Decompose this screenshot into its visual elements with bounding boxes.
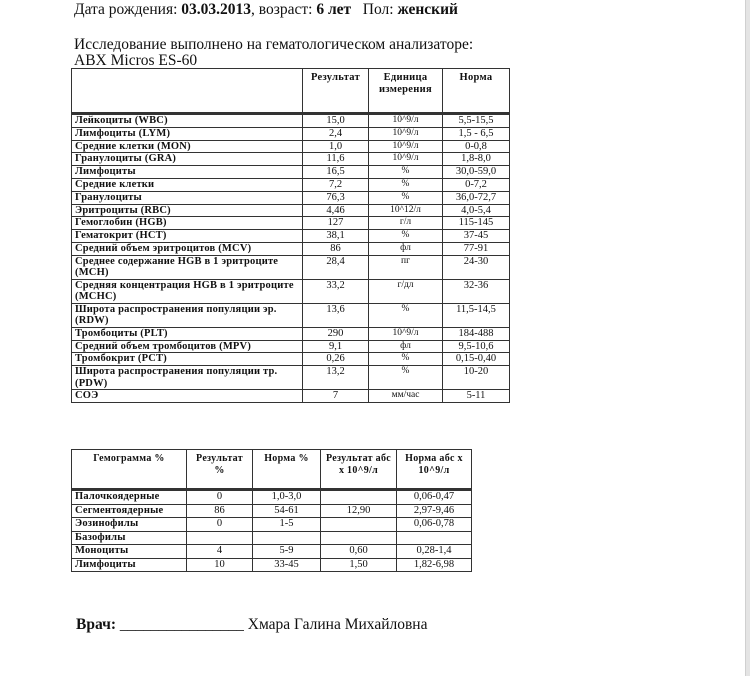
norm-value: 5,5-15,5 xyxy=(443,114,510,128)
table-row: Гранулоциты76,3%36,0-72,7 xyxy=(72,191,510,204)
result-value: 4,46 xyxy=(303,204,369,217)
unit-value: % xyxy=(369,178,443,191)
result-pct: 86 xyxy=(187,504,253,518)
parameter-name: Гранулоциты (GRA) xyxy=(72,153,303,166)
unit-value: % xyxy=(369,353,443,366)
result-abs: 0,60 xyxy=(321,545,397,559)
norm-value: 0,15-0,40 xyxy=(443,353,510,366)
result-value: 0,26 xyxy=(303,353,369,366)
doctor-label: Врач: xyxy=(76,616,116,633)
result-value: 33,2 xyxy=(303,279,369,303)
norm-abs: 2,97-9,46 xyxy=(397,504,472,518)
sex-value: женский xyxy=(397,1,458,18)
norm-abs xyxy=(397,531,472,545)
cell-type-name: Моноциты xyxy=(72,545,187,559)
unit-value: 10^9/л xyxy=(369,114,443,128)
norm-value: 9,5-10,6 xyxy=(443,340,510,353)
parameter-name: Средние клетки (MON) xyxy=(72,140,303,153)
result-pct xyxy=(187,531,253,545)
parameter-name: Средняя концентрация HGB в 1 эритроците … xyxy=(72,279,303,303)
header-result-abs: Результат абс х 10^9/л xyxy=(321,450,397,490)
result-pct: 10 xyxy=(187,558,253,572)
parameter-name: Широта распространения популяции тр. (PD… xyxy=(72,366,303,390)
parameter-name: Гематокрит (HCT) xyxy=(72,230,303,243)
norm-value: 115-145 xyxy=(443,217,510,230)
result-value: 7,2 xyxy=(303,178,369,191)
unit-value: фл xyxy=(369,242,443,255)
table-row: Лейкоциты (WBC)15,010^9/л5,5-15,5 xyxy=(72,114,510,128)
cell-type-name: Палочкоядерные xyxy=(72,490,187,505)
norm-abs: 0,06-0,78 xyxy=(397,518,472,532)
result-value: 13,2 xyxy=(303,366,369,390)
header-norm-pct: Норма % xyxy=(253,450,321,490)
norm-value: 24-30 xyxy=(443,255,510,279)
parameter-name: Гранулоциты xyxy=(72,191,303,204)
unit-value: % xyxy=(369,191,443,204)
header-hemogram: Гемограмма % xyxy=(72,450,187,490)
unit-value: % xyxy=(369,166,443,179)
parameter-name: Эритроциты (RBC) xyxy=(72,204,303,217)
table-row: Лимфоциты1033-451,501,82-6,98 xyxy=(72,558,472,572)
parameter-name: Среднее содержание HGB в 1 эритроците (M… xyxy=(72,255,303,279)
doctor-signature: Врач: ________________ Хмара Галина Миха… xyxy=(76,616,427,634)
norm-value: 37-45 xyxy=(443,230,510,243)
table-row: Широта распространения популяции тр. (PD… xyxy=(72,366,510,390)
result-value: 16,5 xyxy=(303,166,369,179)
table-row: Тромбокрит (PCT)0,26%0,15-0,40 xyxy=(72,353,510,366)
dob-value: 03.03.2013 xyxy=(181,1,251,18)
result-value: 15,0 xyxy=(303,114,369,128)
unit-value: 10^9/л xyxy=(369,327,443,340)
unit-value: мм/час xyxy=(369,390,443,403)
result-pct: 4 xyxy=(187,545,253,559)
table-row: Гранулоциты (GRA)11,610^9/л1,8-8,0 xyxy=(72,153,510,166)
table-row: Средняя концентрация HGB в 1 эритроците … xyxy=(72,279,510,303)
norm-value: 1,5 - 6,5 xyxy=(443,127,510,140)
header-result-pct: Результат % xyxy=(187,450,253,490)
norm-pct: 1,0-3,0 xyxy=(253,490,321,505)
unit-value: фл xyxy=(369,340,443,353)
table-row: Эозинофилы01-50,06-0,78 xyxy=(72,518,472,532)
header-parameter xyxy=(72,69,303,114)
table-row: Базофилы xyxy=(72,531,472,545)
header-norm-abs: Норма абс х 10^9/л xyxy=(397,450,472,490)
header-unit: Единица измерения xyxy=(369,69,443,114)
table-header-row: Гемограмма % Результат % Норма % Результ… xyxy=(72,450,472,490)
parameter-name: Гемоглобин (HGB) xyxy=(72,217,303,230)
result-value: 11,6 xyxy=(303,153,369,166)
parameter-name: Лимфоциты xyxy=(72,166,303,179)
table-row: Палочкоядерные01,0-3,00,06-0,47 xyxy=(72,490,472,505)
table-row: Лимфоциты (LYM)2,410^9/л1,5 - 6,5 xyxy=(72,127,510,140)
norm-abs: 0,06-0,47 xyxy=(397,490,472,505)
cell-type-name: Эозинофилы xyxy=(72,518,187,532)
result-abs xyxy=(321,490,397,505)
unit-value: % xyxy=(369,366,443,390)
age-value: 6 лет xyxy=(316,1,351,18)
table-row: СОЭ7мм/час5-11 xyxy=(72,390,510,403)
result-abs xyxy=(321,518,397,532)
norm-value: 184-488 xyxy=(443,327,510,340)
parameter-name: Широта распространения популяции эр. (RD… xyxy=(72,303,303,327)
table-header-row: Результат Единица измерения Норма xyxy=(72,69,510,114)
norm-value: 1,8-8,0 xyxy=(443,153,510,166)
norm-value: 11,5-14,5 xyxy=(443,303,510,327)
table-row: Широта распространения популяции эр. (RD… xyxy=(72,303,510,327)
unit-value: 10^12/л xyxy=(369,204,443,217)
dob-label: Дата рождения: xyxy=(74,1,177,18)
analyzer-model: ABX Micros ES-60 xyxy=(74,53,473,69)
norm-pct: 54-61 xyxy=(253,504,321,518)
norm-value: 4,0-5,4 xyxy=(443,204,510,217)
table-row: Средний объем эритроцитов (MCV)86фл77-91 xyxy=(72,242,510,255)
parameter-name: Средний объем эритроцитов (MCV) xyxy=(72,242,303,255)
norm-value: 30,0-59,0 xyxy=(443,166,510,179)
header-result: Результат xyxy=(303,69,369,114)
norm-abs: 0,28-1,4 xyxy=(397,545,472,559)
page-scroll-gutter xyxy=(745,0,750,676)
result-value: 127 xyxy=(303,217,369,230)
cell-type-name: Лимфоциты xyxy=(72,558,187,572)
parameter-name: Тромбокрит (PCT) xyxy=(72,353,303,366)
analyzer-intro-text: Исследование выполнено на гематологическ… xyxy=(74,37,473,53)
table-row: Эритроциты (RBC)4,4610^12/л4,0-5,4 xyxy=(72,204,510,217)
result-value: 28,4 xyxy=(303,255,369,279)
unit-value: 10^9/л xyxy=(369,153,443,166)
result-value: 2,4 xyxy=(303,127,369,140)
result-abs xyxy=(321,531,397,545)
result-value: 9,1 xyxy=(303,340,369,353)
parameter-name: Средние клетки xyxy=(72,178,303,191)
doctor-name: Хмара Галина Михайловна xyxy=(248,616,428,633)
blood-test-table: Результат Единица измерения Норма Лейкоц… xyxy=(71,68,510,403)
result-value: 86 xyxy=(303,242,369,255)
result-value: 76,3 xyxy=(303,191,369,204)
hemogram-table: Гемограмма % Результат % Норма % Результ… xyxy=(71,449,472,572)
sex-label: Пол: xyxy=(363,1,394,18)
norm-pct: 33-45 xyxy=(253,558,321,572)
norm-pct: 1-5 xyxy=(253,518,321,532)
norm-pct xyxy=(253,531,321,545)
result-abs: 1,50 xyxy=(321,558,397,572)
table-row: Тромбоциты (PLT)29010^9/л184-488 xyxy=(72,327,510,340)
table-row: Среднее содержание HGB в 1 эритроците (M… xyxy=(72,255,510,279)
result-value: 13,6 xyxy=(303,303,369,327)
signature-line: ________________ xyxy=(120,616,244,633)
unit-value: г/л xyxy=(369,217,443,230)
analyzer-info: Исследование выполнено на гематологическ… xyxy=(74,37,473,69)
norm-value: 10-20 xyxy=(443,366,510,390)
table-row: Гематокрит (HCT)38,1%37-45 xyxy=(72,230,510,243)
patient-info: Дата рождения: 03.03.2013, возраст: 6 ле… xyxy=(74,0,458,19)
header-norm: Норма xyxy=(443,69,510,114)
unit-value: г/дл xyxy=(369,279,443,303)
result-pct: 0 xyxy=(187,518,253,532)
unit-value: 10^9/л xyxy=(369,127,443,140)
norm-value: 36,0-72,7 xyxy=(443,191,510,204)
table-row: Сегментоядерные8654-6112,902,97-9,46 xyxy=(72,504,472,518)
result-value: 38,1 xyxy=(303,230,369,243)
norm-value: 0-7,2 xyxy=(443,178,510,191)
table-row: Средний объем тромбоцитов (MPV)9,1фл9,5-… xyxy=(72,340,510,353)
norm-pct: 5-9 xyxy=(253,545,321,559)
parameter-name: Средний объем тромбоцитов (MPV) xyxy=(72,340,303,353)
unit-value: % xyxy=(369,230,443,243)
norm-value: 32-36 xyxy=(443,279,510,303)
norm-value: 77-91 xyxy=(443,242,510,255)
unit-value: 10^9/л xyxy=(369,140,443,153)
result-abs: 12,90 xyxy=(321,504,397,518)
table-row: Моноциты45-90,600,28-1,4 xyxy=(72,545,472,559)
cell-type-name: Сегментоядерные xyxy=(72,504,187,518)
table-row: Средние клетки7,2%0-7,2 xyxy=(72,178,510,191)
result-pct: 0 xyxy=(187,490,253,505)
cell-type-name: Базофилы xyxy=(72,531,187,545)
result-value: 290 xyxy=(303,327,369,340)
unit-value: пг xyxy=(369,255,443,279)
result-value: 7 xyxy=(303,390,369,403)
parameter-name: Лейкоциты (WBC) xyxy=(72,114,303,128)
age-label: , возраст: xyxy=(251,1,312,18)
parameter-name: СОЭ xyxy=(72,390,303,403)
norm-abs: 1,82-6,98 xyxy=(397,558,472,572)
result-value: 1,0 xyxy=(303,140,369,153)
unit-value: % xyxy=(369,303,443,327)
parameter-name: Лимфоциты (LYM) xyxy=(72,127,303,140)
norm-value: 0-0,8 xyxy=(443,140,510,153)
parameter-name: Тромбоциты (PLT) xyxy=(72,327,303,340)
norm-value: 5-11 xyxy=(443,390,510,403)
table-row: Средние клетки (MON)1,010^9/л0-0,8 xyxy=(72,140,510,153)
table-row: Лимфоциты16,5%30,0-59,0 xyxy=(72,166,510,179)
table-row: Гемоглобин (HGB)127г/л115-145 xyxy=(72,217,510,230)
